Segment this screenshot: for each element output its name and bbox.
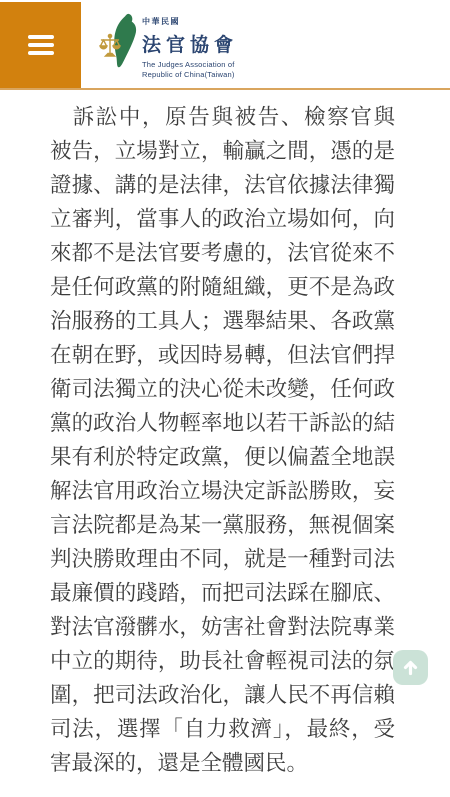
scales-of-justice-icon <box>98 33 122 59</box>
article-paragraph: 訴訟中，原告與被告、檢察官與被告，立場對立，輸贏之間，憑的是證據、講的是法律，法… <box>50 100 395 780</box>
logo-text: 中華民國 法官協會 The Judges Association of Repu… <box>142 16 292 80</box>
article: 訴訟中，原告與被告、檢察官與被告，立場對立，輸贏之間，憑的是證據、講的是法律，法… <box>0 90 450 780</box>
page: { "header": { "menu_icon": "hamburger-me… <box>0 0 450 797</box>
header: 中華民國 法官協會 The Judges Association of Repu… <box>0 0 450 90</box>
back-to-top-button[interactable] <box>393 650 428 685</box>
logo-region-label: 中華民國 <box>142 16 292 27</box>
menu-button[interactable] <box>0 2 81 88</box>
logo-org-name-en: The Judges Association of Republic of Ch… <box>142 60 292 80</box>
logo-org-name: 法官協會 <box>142 30 292 57</box>
arrow-up-icon <box>401 658 420 677</box>
logo[interactable]: 中華民國 法官協會 The Judges Association of Repu… <box>98 8 338 84</box>
logo-org-name-en-line2: Republic of China(Taiwan) <box>142 70 292 80</box>
logo-org-name-en-line1: The Judges Association of <box>142 60 292 70</box>
hamburger-menu-icon <box>28 35 54 55</box>
